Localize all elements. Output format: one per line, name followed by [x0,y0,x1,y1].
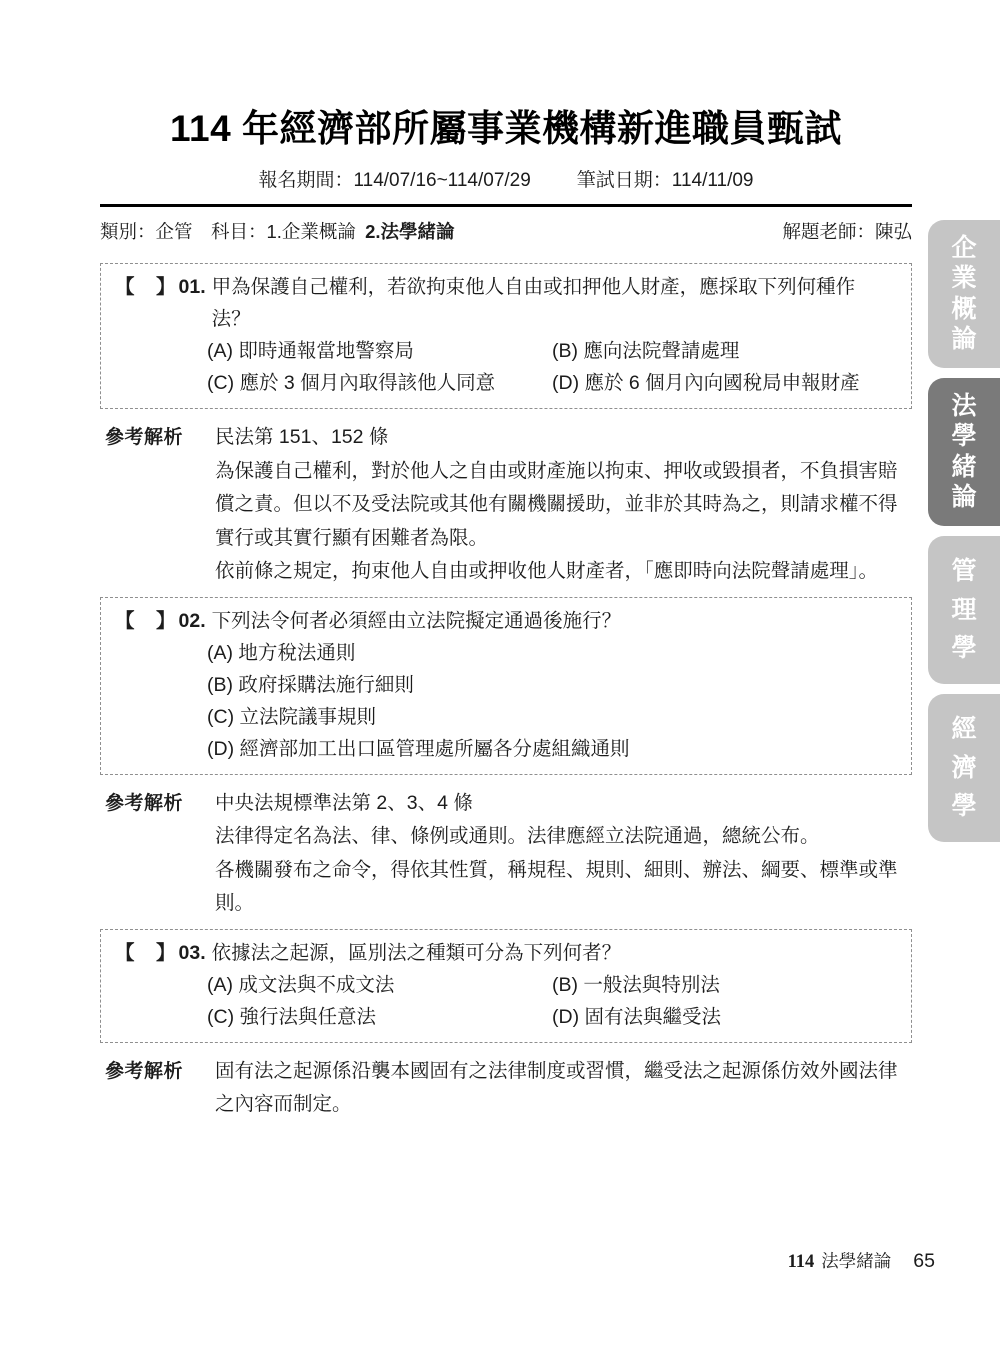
tab-character: 緒 [951,455,976,480]
header-divider [100,204,912,207]
footer-year: 114 [788,1252,815,1273]
analysis-body: 民法第 151、152 條為保護自己權利，對於他人之自由或財產施以拘束、押收或毀… [215,421,912,589]
teacher-label: 解題老師：陳弘 [782,218,912,244]
question-number: 02. [179,605,206,637]
question-number: 01. [179,271,206,303]
option-item: (B) 一般法與特別法 [552,969,897,1001]
tab-character: 理 [951,598,976,623]
question-line: 【 】02.下列法令何者必須經由立法院擬定通過後施行？ [115,605,897,637]
sidebar-tab-intro-to-law: 法學緒論 [928,378,1000,526]
options-list: (A) 成文法與不成文法(B) 一般法與特別法(C) 強行法與任意法(D) 固有… [207,969,897,1033]
analysis-paragraph: 中央法規標準法第 2、3、4 條 [215,787,912,821]
question-box: 【 】03.依據法之起源，區別法之種類可分為下列何者？(A) 成文法與不成文法(… [100,929,912,1043]
options-list: (A) 即時通報當地警察局(B) 應向法院聲請處理(C) 應於 3 個月內取得該… [207,335,897,399]
tab-character: 企 [951,236,976,261]
question-text: 甲為保護自己權利，若欲拘束他人自由或扣押他人財產，應採取下列何種作法？ [212,271,864,335]
analysis-body: 固有法之起源係沿襲本國固有之法律制度或習慣，繼受法之起源係仿效外國法律之內容而制… [215,1055,912,1122]
analysis-label: 參考解析 [105,787,215,921]
option-item: (A) 地方稅法通則 [207,637,897,669]
tab-character: 業 [951,266,976,291]
options-list: (A) 地方稅法通則(B) 政府採購法施行細則(C) 立法院議事規則(D) 經濟… [207,637,897,765]
page-footer: 114 法學緒論 65 [788,1248,935,1273]
registration-period: 報名期間：114/07/16~114/07/29 [258,165,530,192]
analysis-paragraph: 各機關發布之命令，得依其性質，稱規程、規則、細則、辦法、綱要、標準或準則。 [215,854,912,921]
analysis-paragraph: 為保護自己權利，對於他人之自由或財產施以拘束、押收或毀損者，不負損害賠償之責。但… [215,455,912,556]
tab-character: 概 [951,297,976,322]
answer-brackets: 【 】 [115,937,177,969]
page-content: 114 年經濟部所屬事業機構新進職員甄試 報名期間：114/07/16~114/… [100,0,912,1122]
exam-dates-row: 報名期間：114/07/16~114/07/29 筆試日期：114/11/09 [100,165,912,192]
analysis-label: 參考解析 [105,421,215,589]
tab-character: 學 [951,636,976,661]
category-subject: 類別：企管 科目：1.企業概論 2.法學緒論 [100,218,459,244]
tab-character: 經 [951,717,976,742]
tab-character: 管 [951,559,976,584]
option-item: (D) 經濟部加工出口區管理處所屬各分處組織通則 [207,733,897,765]
meta-row: 類別：企管 科目：1.企業概論 2.法學緒論 解題老師：陳弘 [100,218,912,244]
option-item: (A) 成文法與不成文法 [207,969,552,1001]
written-exam-date: 筆試日期：114/11/09 [577,165,754,192]
question-number: 03. [179,937,206,969]
tab-character: 學 [951,424,976,449]
question-text: 依據法之起源，區別法之種類可分為下列何者？ [212,937,622,969]
tab-character: 法 [951,394,976,419]
page-number: 65 [913,1250,935,1273]
option-item: (D) 固有法與繼受法 [552,1001,897,1033]
question-text: 下列法令何者必須經由立法院擬定通過後施行？ [212,605,622,637]
subject-tabs-sidebar: 企業概論法學緒論管理學經濟學 [928,220,1000,852]
option-item: (C) 應於 3 個月內取得該他人同意 [207,367,552,399]
sidebar-tab-management: 管理學 [928,536,1000,684]
tab-character: 學 [951,794,976,819]
analysis-label: 參考解析 [105,1055,215,1122]
option-item: (D) 應於 6 個月內向國稅局申報財產 [552,367,897,399]
analysis-section: 參考解析固有法之起源係沿襲本國固有之法律制度或習慣，繼受法之起源係仿效外國法律之… [100,1055,912,1122]
question-box: 【 】01.甲為保護自己權利，若欲拘束他人自由或扣押他人財產，應採取下列何種作法… [100,263,912,409]
sidebar-tab-economics: 經濟學 [928,694,1000,842]
analysis-paragraph: 法律得定名為法、律、條例或通則。法律應經立法院通過，總統公布。 [215,820,912,854]
answer-brackets: 【 】 [115,271,177,303]
question-line: 【 】01.甲為保護自己權利，若欲拘束他人自由或扣押他人財產，應採取下列何種作法… [115,271,897,335]
footer-subject: 法學緒論 [821,1248,891,1273]
questions-container: 【 】01.甲為保護自己權利，若欲拘束他人自由或扣押他人財產，應採取下列何種作法… [100,263,912,1122]
analysis-section: 參考解析中央法規標準法第 2、3、4 條法律得定名為法、律、條例或通則。法律應經… [100,787,912,921]
question-line: 【 】03.依據法之起源，區別法之種類可分為下列何者？ [115,937,897,969]
option-item: (B) 政府採購法施行細則 [207,669,897,701]
option-item: (B) 應向法院聲請處理 [552,335,897,367]
tab-character: 濟 [951,756,976,781]
answer-brackets: 【 】 [115,605,177,637]
page-title: 114 年經濟部所屬事業機構新進職員甄試 [100,106,912,152]
tab-character: 論 [951,485,976,510]
category-label: 類別：企管 科目：1.企業概論 [100,221,356,242]
option-item: (A) 即時通報當地警察局 [207,335,552,367]
analysis-paragraph: 依前條之規定，拘束他人自由或押收他人財產者，「應即時向法院聲請處理」。 [215,555,912,589]
analysis-body: 中央法規標準法第 2、3、4 條法律得定名為法、律、條例或通則。法律應經立法院通… [215,787,912,921]
sidebar-tab-business-concepts: 企業概論 [928,220,1000,368]
question-box: 【 】02.下列法令何者必須經由立法院擬定通過後施行？(A) 地方稅法通則(B)… [100,597,912,775]
option-item: (C) 強行法與任意法 [207,1001,552,1033]
analysis-section: 參考解析民法第 151、152 條為保護自己權利，對於他人之自由或財產施以拘束、… [100,421,912,589]
subject-label-bold: 2.法學緒論 [365,221,454,242]
tab-character: 論 [951,327,976,352]
analysis-paragraph: 固有法之起源係沿襲本國固有之法律制度或習慣，繼受法之起源係仿效外國法律之內容而制… [215,1055,912,1122]
option-item: (C) 立法院議事規則 [207,701,897,733]
analysis-paragraph: 民法第 151、152 條 [215,421,912,455]
